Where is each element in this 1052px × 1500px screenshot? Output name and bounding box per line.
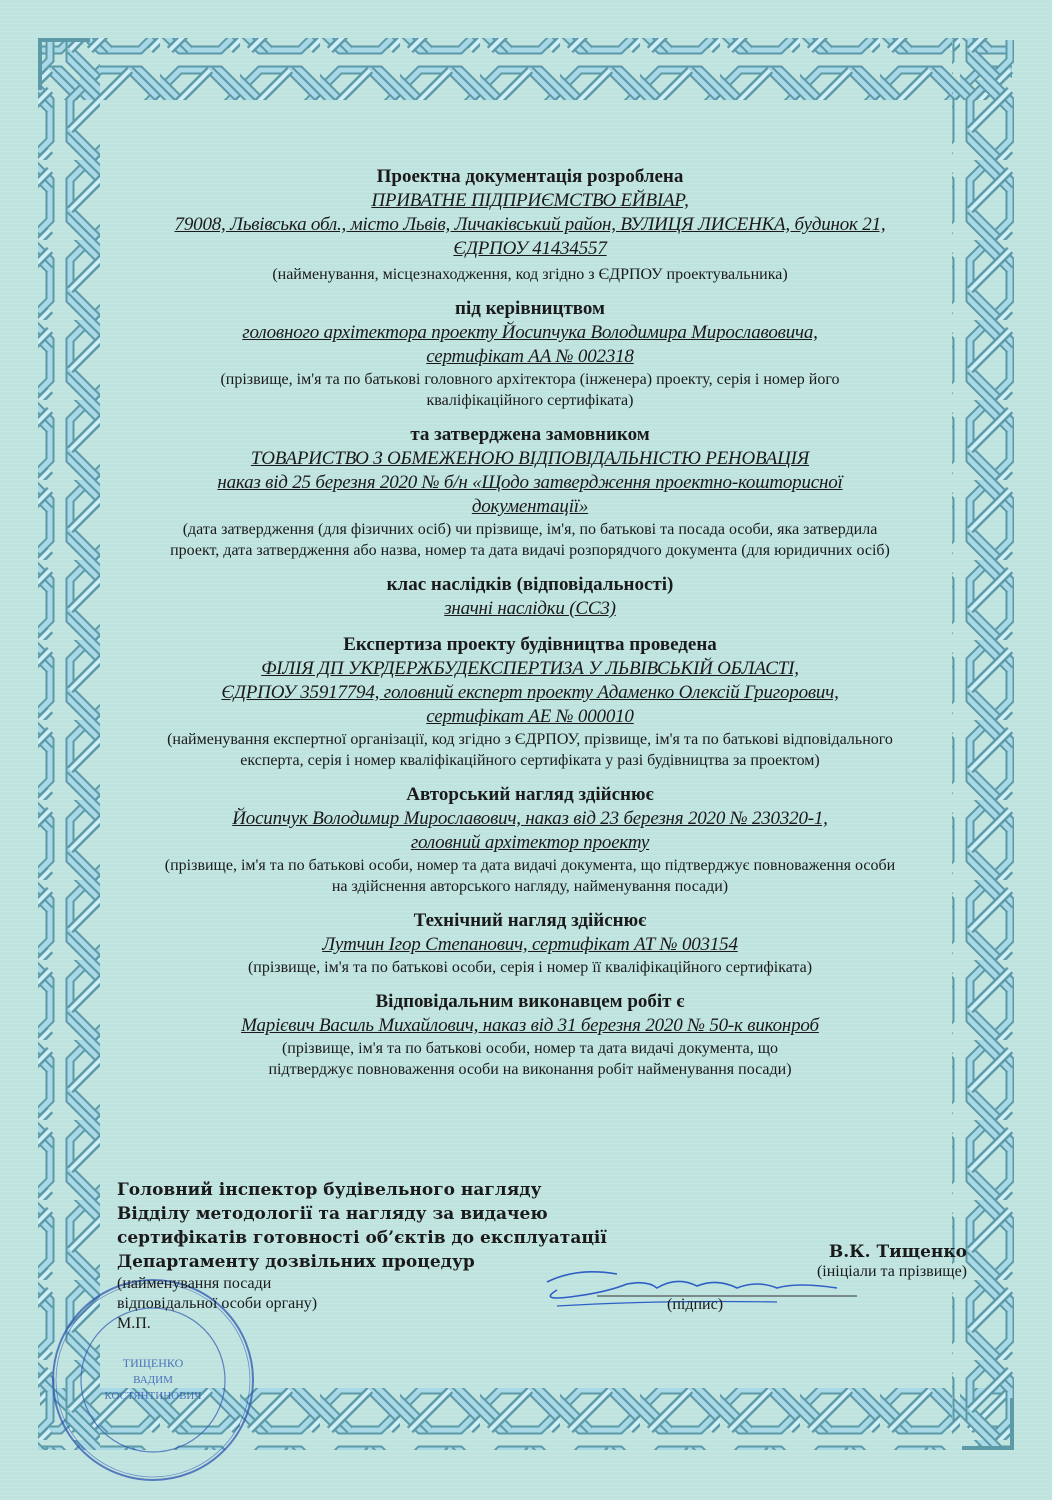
expertise-note-1: (найменування експертної організації, ко… [100,729,960,750]
approval-note-1: (дата затвердження (для фізичних осіб) ч… [100,519,960,540]
approval-order-cont: документації» [100,495,960,519]
designer-address: 79008, Львівська обл., місто Львів, Лича… [100,213,960,237]
contractor-note-1: (прізвище, ім'я та по батькові особи, но… [100,1038,960,1059]
svg-text:КОСТЯНТИНОВИЧ: КОСТЯНТИНОВИЧ [104,1390,201,1402]
signature-footer: Головний інспектор будівельного нагляду … [117,1178,967,1334]
technical-supervision-note: (прізвище, ім'я та по батькові особи, се… [100,957,960,978]
document-body: Проектна документація розроблена ПРИВАТН… [100,165,960,1092]
expertise-certificate: сертифікат АЕ № 000010 [100,705,960,729]
designer-edrpou: ЄДРПОУ 41434557 [100,237,960,261]
supervision-note-2: кваліфікаційного сертифіката) [100,390,960,411]
designer-name: ПРИВАТНЕ ПІДПРИЄМСТВО ЕЙВІАР, [100,189,960,213]
inspector-title-1: Головний інспектор будівельного нагляду [117,1178,967,1202]
supervision-heading: під керівництвом [100,297,960,321]
signature-label: (підпис) [667,1296,723,1314]
consequence-class-value: значні наслідки (СС3) [100,597,960,621]
signer-note: (ініціали та прізвище) [817,1262,967,1282]
technical-supervisor: Лутчин Ігор Степанович, сертифікат АТ № … [100,933,960,957]
approval-note-2: проект, дата затвердження або назва, ном… [100,540,960,561]
signer-block: В.К. Тищенко (ініціали та прізвище) [817,1242,967,1282]
supervision-section: під керівництвом головного архітектора п… [100,297,960,411]
chief-architect: головного архітектора проекту Йосипчука … [100,321,960,345]
designer-note: (найменування, місцезнаходження, код згі… [100,264,960,285]
designer-section: Проектна документація розроблена ПРИВАТН… [100,165,960,285]
svg-text:ТИЩЕНКО: ТИЩЕНКО [123,1356,184,1370]
supervision-note-1: (прізвище, ім'я та по батькові головного… [100,369,960,390]
technical-supervision-heading: Технічний нагляд здійснює [100,909,960,933]
author-supervision-heading: Авторський нагляд здійснює [100,783,960,807]
seal-label: М.П. [117,1314,967,1334]
author-supervisor: Йосипчук Володимир Мирославович, наказ в… [100,807,960,831]
author-supervision-section: Авторський нагляд здійснює Йосипчук Воло… [100,783,960,897]
expertise-heading: Експертиза проекту будівництва проведена [100,633,960,657]
author-supervision-note-2: на здійснення авторського нагляду, найме… [100,876,960,897]
expertise-expert: ЄДРПОУ 35917794, головний експерт проект… [100,681,960,705]
contractor-note-2: підтверджує повноваження особи на викона… [100,1059,960,1080]
approval-section: та затверджена замовником ТОВАРИСТВО З О… [100,423,960,561]
contractor-heading: Відповідальним виконавцем робіт є [100,990,960,1014]
customer-name: ТОВАРИСТВО З ОБМЕЖЕНОЮ ВІДПОВІДАЛЬНІСТЮ … [100,447,960,471]
expertise-section: Експертиза проекту будівництва проведена… [100,633,960,771]
designer-heading: Проектна документація розроблена [100,165,960,189]
chief-architect-certificate: сертифікат АА № 002318 [100,345,960,369]
signer-name: В.К. Тищенко [817,1242,967,1262]
consequence-class-heading: клас наслідків (відповідальності) [100,573,960,597]
expertise-org: ФІЛІЯ ДП УКРДЕРЖБУДЕКСПЕРТИЗА У ЛЬВІВСЬК… [100,657,960,681]
contractor-person: Марієвич Василь Михайлович, наказ від 31… [100,1014,960,1038]
consequence-class-section: клас наслідків (відповідальності) значні… [100,573,960,621]
author-supervision-note-1: (прізвище, ім'я та по батькові особи, но… [100,855,960,876]
author-supervisor-position: головний архітектор проекту [100,831,960,855]
technical-supervision-section: Технічний нагляд здійснює Лутчин Ігор Ст… [100,909,960,978]
svg-text:ВАДИМ: ВАДИМ [133,1374,173,1386]
expertise-note-2: експерта, серія і номер кваліфікаційного… [100,750,960,771]
approval-heading: та затверджена замовником [100,423,960,447]
approval-order: наказ від 25 березня 2020 № б/н «Щодо за… [100,471,960,495]
inspector-title-2: Відділу методології та нагляду за видаче… [117,1202,967,1226]
contractor-section: Відповідальним виконавцем робіт є Марієв… [100,990,960,1080]
